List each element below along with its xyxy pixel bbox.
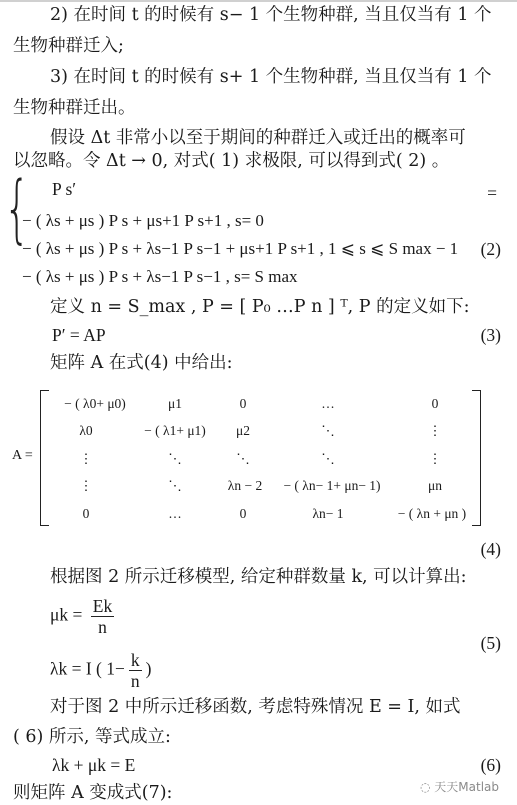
matrix-cell: … [321, 396, 335, 412]
wechat-icon: ◌ [420, 780, 434, 794]
left-brace: { [4, 172, 30, 246]
left-bracket [40, 390, 49, 526]
eq6: λk + μk = E [52, 754, 135, 776]
special-case-line2: ( 6) 所示, 等式成立: [13, 726, 171, 748]
matrix-cell: ⋱ [321, 451, 335, 467]
matrix-cell: μ2 [236, 423, 250, 439]
matrix-cell: ⋮ [428, 451, 442, 467]
fraction: Ek n [91, 596, 114, 637]
matrix-cell: ⋮ [79, 451, 93, 467]
right-bracket [472, 390, 481, 526]
assumption-line2: 以忽略。令 Δt → 0, 对式( 1) 求极限, 可以得到式( 2) 。 [13, 150, 449, 172]
eq3-number: (3) [481, 324, 501, 346]
top-border [0, 0, 517, 2]
item3-text-line2: 生物种群迁出。 [13, 97, 136, 119]
eq2-case-3: − ( λs + μs ) P s + λs−1 P s−1 , s= S ma… [22, 266, 298, 288]
matrix-cell: − ( λn− 1+ μn− 1) [283, 478, 380, 494]
item2-text-line2: 生物种群迁入; [13, 35, 124, 57]
assumption-line1: 假设 Δt 非常小以至于期间的种群迁入或迁出的概率可 [50, 127, 466, 149]
eq6-number: (6) [481, 754, 501, 776]
eq3: P′ = AP [52, 324, 106, 346]
matrix-cell: 0 [432, 396, 439, 412]
matrix-cell: ⋱ [236, 451, 250, 467]
matrix-cell: ⋮ [79, 478, 93, 494]
item3-text-line1: 3) 在时间 t 的时候有 s+ 1 个生物种群, 当且仅当有 1 个 [50, 66, 492, 88]
matrix-cell: − ( λ0+ μ0) [64, 396, 126, 412]
matrix-cell: μn [428, 478, 442, 494]
eq2-case-2: − ( λs + μs ) P s + λs−1 P s−1 + μs+1 P … [22, 238, 458, 260]
matrix-cell: 0 [83, 506, 90, 522]
item2-text-line1: 2) 在时间 t 的时候有 s− 1 个生物种群, 当且仅当有 1 个 [50, 4, 492, 26]
definition-line: 定义 n = S_max , P = [ P₀ …P n ] ᵀ, P 的定义如… [50, 296, 470, 318]
eq5-lambda: λk = I ( 1−kn) [50, 650, 151, 691]
eq5-mu: μk = Ek n [50, 596, 118, 637]
fraction: kn [129, 650, 142, 691]
special-case-line1: 对于图 2 中所示迁移函数, 考虑特殊情况 E = I, 如式 [50, 696, 461, 718]
eq2-number: (2) [481, 238, 501, 260]
matrix-cell: − ( λn + μn ) [398, 506, 466, 522]
matrix-cell: ⋱ [321, 423, 335, 439]
matrix-cell: ⋱ [168, 478, 182, 494]
fig2-line: 根据图 2 所示迁移模型, 给定种群数量 k, 可以计算出: [50, 566, 467, 588]
eq5-number: (5) [481, 632, 501, 654]
eq4-number: (4) [481, 538, 501, 560]
eq2-lhs: P s′ [52, 178, 76, 200]
matrix-cell: ⋱ [168, 451, 182, 467]
eq2-equals: = [487, 182, 497, 204]
matrix-cell: 0 [240, 396, 247, 412]
matrix-cell: − ( λ1+ μ1) [144, 423, 206, 439]
final-line: 则矩阵 A 变成式(7): [13, 782, 172, 804]
watermark: ◌ 天天Matlab [420, 778, 499, 795]
matrix-cell: … [168, 506, 182, 522]
matrix-cell: μ1 [168, 396, 182, 412]
matrix-intro: 矩阵 A 在式(4) 中给出: [50, 352, 233, 374]
matrix-cell: λn− 1 [312, 506, 343, 522]
eq2-case-1: − ( λs + μs ) P s + μs+1 P s+1 , s= 0 [22, 210, 264, 232]
matrix-cell: 0 [240, 506, 247, 522]
matrix-label: A = [12, 448, 33, 464]
matrix-cell: λ0 [79, 423, 92, 439]
matrix-cell: ⋮ [428, 423, 442, 439]
matrix-cell: λn − 2 [228, 478, 262, 494]
matrix-a: A = − ( λ0+ μ0) μ1 0 … 0 λ0 − ( λ1+ μ1) … [0, 388, 500, 528]
